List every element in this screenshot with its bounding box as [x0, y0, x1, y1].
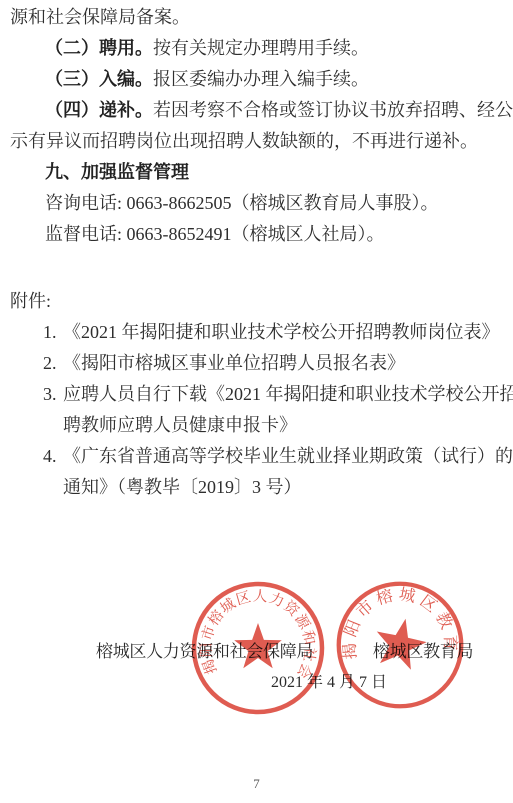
attachment-item: 1. 《2021 年揭阳捷和职业技术学校公开招聘教师岗位表》 [0, 317, 513, 348]
attachment-item: 4. 《广东省普通高等学校毕业生就业择业期政策（试行）的 通知》（粤教毕〔201… [0, 441, 513, 503]
official-seal-right-icon: 揭阳市榕城区教育局 [333, 578, 467, 712]
document-page: { "body": { "lines": [ {"bold": "", "tex… [0, 0, 513, 803]
body-line: （四）递补。若因考察不合格或签订协议书放弃招聘、经公 [0, 95, 513, 126]
body-line-text: 示有异议而招聘岗位出现招聘人数缺额的，不再进行递补。 [10, 131, 478, 151]
scanned-document: 源和社会保障局备案。 （二）聘用。按有关规定办理聘用手续。 （三）入编。报区委编… [0, 0, 513, 803]
body-text: 源和社会保障局备案。 （二）聘用。按有关规定办理聘用手续。 （三）入编。报区委编… [0, 2, 513, 503]
attachment-item: 2. 《揭阳市榕城区事业单位招聘人员报名表》 [0, 348, 513, 379]
phone-line-text: 咨询电话: 0663-8662505（榕城区教育局人事股）。 [45, 193, 439, 213]
page-number: 7 [0, 776, 513, 792]
attachment-number: 1. [43, 317, 57, 348]
attachment-number: 4. [43, 441, 57, 472]
body-line: 源和社会保障局备案。 [0, 2, 513, 33]
attachment-number: 2. [43, 348, 57, 379]
official-seal-left-icon: 揭阳市榕城区人力资源和社会保障局 [188, 578, 328, 718]
attachment-text: 通知》（粤教毕〔2019〕3 号） [63, 472, 513, 503]
phone-line-consult: 咨询电话: 0663-8662505（榕城区教育局人事股）。 [0, 188, 513, 219]
vertical-gap [0, 250, 513, 286]
clause-label: （二）聘用。 [45, 38, 153, 58]
phone-line-supervise: 监督电话: 0663-8652491（榕城区人社局）。 [0, 219, 513, 250]
attachment-item: 3. 应聘人员自行下载《2021 年揭阳捷和职业技术学校公开招 聘教师应聘人员健… [0, 379, 513, 441]
clause-label: （四）递补。 [45, 100, 153, 120]
attachment-text: 聘教师应聘人员健康申报卡》 [63, 410, 513, 441]
body-line: 示有异议而招聘岗位出现招聘人数缺额的，不再进行递补。 [0, 126, 513, 157]
attachment-text: 《揭阳市榕城区事业单位招聘人员报名表》 [63, 348, 513, 379]
phone-line-text: 监督电话: 0663-8652491（榕城区人社局）。 [45, 224, 385, 244]
section-heading-text: 九、加强监督管理 [45, 162, 189, 182]
body-line-text: 按有关规定办理聘用手续。 [153, 38, 369, 58]
clause-label: （三）入编。 [45, 69, 153, 89]
attachment-text: 《2021 年揭阳捷和职业技术学校公开招聘教师岗位表》 [63, 317, 513, 348]
attachment-text: 《广东省普通高等学校毕业生就业择业期政策（试行）的 [63, 441, 513, 472]
attachment-text: 应聘人员自行下载《2021 年揭阳捷和职业技术学校公开招 [63, 379, 513, 410]
attachment-number: 3. [43, 379, 57, 410]
body-line: （二）聘用。按有关规定办理聘用手续。 [0, 33, 513, 64]
body-line-text: 若因考察不合格或签订协议书放弃招聘、经公 [153, 100, 513, 120]
attachments-label: 附件: [0, 286, 513, 317]
body-line-text: 源和社会保障局备案。 [10, 7, 190, 27]
body-line: （三）入编。报区委编办办理入编手续。 [0, 64, 513, 95]
section-heading: 九、加强监督管理 [0, 157, 513, 188]
body-line-text: 报区委编办办理入编手续。 [153, 69, 369, 89]
